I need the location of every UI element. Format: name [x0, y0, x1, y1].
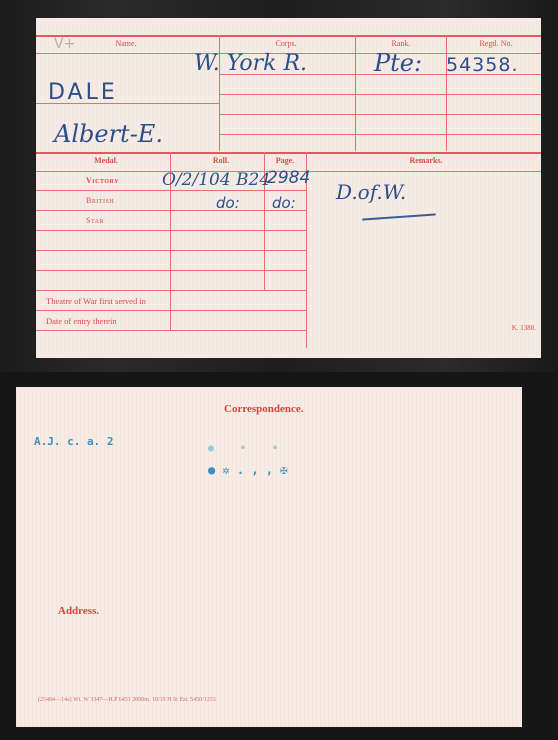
rule-date	[36, 330, 306, 331]
medal-index-card-back: Correspondence. A.J. c. a. 2 ● • • ● ✲ .…	[16, 387, 522, 727]
medal-victory-label: Victory	[86, 176, 136, 185]
forenames-value: Albert-E.	[54, 120, 163, 148]
british-roll-value: do:	[216, 194, 240, 212]
rule-medal-row-6	[36, 290, 306, 291]
rule-medal-row-4	[36, 250, 306, 251]
remarks-value: D.of.W.	[336, 180, 406, 204]
surname-value: DALE	[48, 80, 118, 105]
header-page: Page.	[264, 156, 306, 165]
rule-medal-row-5	[36, 270, 306, 271]
victory-page-value: 2984	[267, 168, 310, 188]
medal-british-label: British	[86, 196, 136, 205]
victory-roll-value: O/2/104 B24	[162, 170, 270, 190]
correspondence-heading: Correspondence.	[224, 403, 304, 415]
regtl-no-value: 54358.	[446, 54, 518, 76]
stamp-marks-upper: ● • •	[208, 443, 288, 454]
header-remarks: Remarks.	[366, 156, 486, 165]
date-entry-label: Date of entry therein	[46, 316, 176, 326]
header-corps: Corps.	[256, 39, 316, 48]
rule-theatre	[36, 310, 306, 311]
rule-medal-row-1	[36, 190, 306, 191]
rule-section	[36, 152, 541, 154]
rule-medal-row-3	[36, 230, 306, 231]
header-medal: Medal.	[66, 156, 146, 165]
printer-imprint: (25484—14a) Wt. W 3347—H.P 6451 2000m. 1…	[38, 697, 216, 703]
header-regtl-no: Regtl. No.	[456, 39, 536, 48]
corps-value: W. York R.	[194, 51, 307, 76]
remarks-underline	[362, 213, 436, 220]
medal-index-card-front: Name. Corps. Rank. Regtl. No. V+ DALE Al…	[36, 18, 541, 358]
header-name: Name.	[96, 39, 156, 48]
rule-row-3	[219, 114, 541, 115]
rank-value: Pte:	[374, 49, 422, 77]
british-page-value: do:	[272, 194, 296, 212]
rule-medal-row-2	[36, 210, 306, 211]
header-roll: Roll.	[196, 156, 246, 165]
stamp-marks-lower: ● ✲ . , , ✠	[208, 463, 287, 477]
pencil-mark: V+	[54, 36, 75, 52]
medal-star-label: Star	[86, 216, 136, 225]
stamp-marks-left: A.J. c. a. 2	[34, 435, 113, 448]
theatre-label: Theatre of War first served in	[46, 296, 176, 306]
header-rank: Rank.	[376, 39, 426, 48]
rule-top	[36, 35, 541, 37]
rule-row-4	[219, 134, 541, 135]
address-label: Address.	[58, 605, 99, 617]
rule-row-2	[219, 94, 541, 95]
form-code: K. 1380.	[486, 324, 536, 332]
